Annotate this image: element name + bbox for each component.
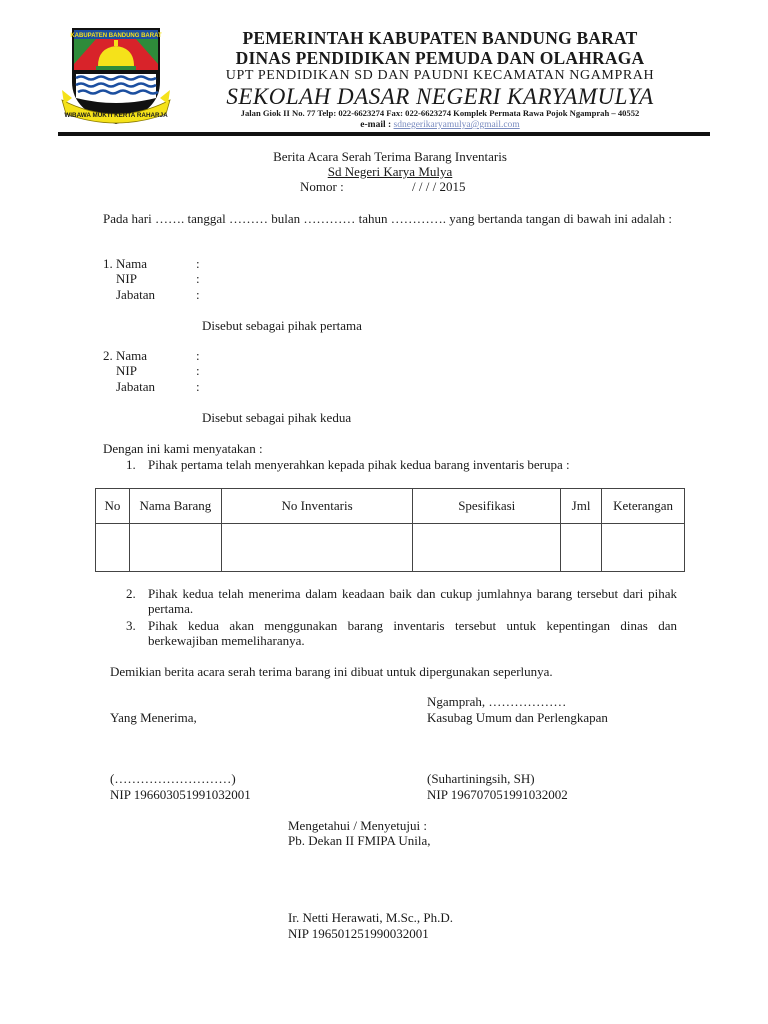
party1-jabatan-sep: : [196, 287, 200, 302]
party1-jabatan-label: Jabatan [116, 287, 155, 302]
party1-number: 1. [103, 256, 113, 271]
header-jml: Jml [561, 489, 602, 524]
party2-nip-label: NIP [116, 363, 137, 378]
email-link[interactable]: sdnegerikaryamulya@gmail.com [394, 120, 520, 130]
header-spesifikasi: Spesifikasi [413, 489, 561, 524]
place-date: Ngamprah, ……………… [427, 694, 566, 709]
party1-nama-sep: : [196, 256, 200, 271]
letterhead-address: Jalan Giok II No. 77 Telp: 022-6623274 F… [180, 108, 700, 118]
header-no-inventaris: No Inventaris [221, 489, 413, 524]
letterhead-school-name: SEKOLAH DASAR NEGERI KARYAMULYA [180, 84, 700, 110]
approver-heading: Mengetahui / Menyetujui : [288, 818, 427, 833]
receiver-name: (………………………) [110, 771, 236, 786]
point3-text: Pihak kedua akan menggunakan barang inve… [148, 618, 677, 648]
approver-name: Ir. Netti Herawati, M.Sc., Ph.D. [288, 910, 453, 925]
document-subtitle: Sd Negeri Karya Mulya [230, 164, 550, 180]
party1-nip-sep: : [196, 271, 200, 286]
approver-role: Pb. Dekan II FMIPA Unila, [288, 833, 431, 848]
point1-number: 1. [126, 457, 136, 472]
document-title: Berita Acara Serah Terima Barang Inventa… [230, 149, 550, 165]
party2-nip-sep: : [196, 363, 200, 378]
point1-text: Pihak pertama telah menyerahkan kepada p… [148, 457, 570, 472]
table-header-row: No Nama Barang No Inventaris Spesifikasi… [96, 489, 685, 524]
party2-number: 2. [103, 348, 113, 363]
header-no: No [96, 489, 130, 524]
cell-no-inventaris[interactable] [221, 524, 413, 572]
svg-text:KABUPATEN BANDUNG BARAT: KABUPATEN BANDUNG BARAT [70, 33, 162, 39]
inventory-table: No Nama Barang No Inventaris Spesifikasi… [95, 488, 685, 572]
header-keterangan: Keterangan [602, 489, 685, 524]
intro-paragraph: Pada hari ……. tanggal ……… bulan ………… tah… [103, 211, 677, 226]
cell-spesifikasi[interactable] [413, 524, 561, 572]
nomor-label: Nomor : [300, 179, 344, 194]
approver-nip: NIP 196501251990032001 [288, 926, 429, 941]
cell-keterangan[interactable] [602, 524, 685, 572]
letterhead-department: DINAS PENDIDIKAN PEMUDA DAN OLAHRAGA [180, 48, 700, 69]
svg-text:WIBAWA MUKTI KERTA RAHARJA: WIBAWA MUKTI KERTA RAHARJA [64, 112, 168, 119]
closing-statement: Demikian berita acara serah terima baran… [110, 664, 553, 679]
party1-nip-label: NIP [116, 271, 137, 286]
cell-jml[interactable] [561, 524, 602, 572]
party2-nama-sep: : [196, 348, 200, 363]
cell-no[interactable] [96, 524, 130, 572]
letterhead-government: PEMERINTAH KABUPATEN BANDUNG BARAT [180, 28, 700, 49]
giver-role: Kasubag Umum dan Perlengkapan [427, 710, 608, 725]
header-nama-barang: Nama Barang [129, 489, 221, 524]
party2-nama-label: Nama [116, 348, 147, 363]
statement-lead: Dengan ini kami menyatakan : [103, 441, 263, 456]
regency-crest-icon: KABUPATEN BANDUNG BARAT WIBAWA MUKTI KER… [60, 24, 172, 128]
email-label: e-mail : [360, 120, 393, 130]
party2-jabatan-label: Jabatan [116, 379, 155, 394]
table-row [96, 524, 685, 572]
school-name-underlined: Sd Negeri Karya Mulya [328, 164, 453, 179]
cell-nama-barang[interactable] [129, 524, 221, 572]
point3-number: 3. [126, 618, 136, 633]
nomor-value: / / / / 2015 [412, 179, 465, 194]
giver-name: (Suhartiningsih, SH) [427, 771, 535, 786]
party1-designation: Disebut sebagai pihak pertama [202, 318, 362, 333]
letterhead-divider [58, 132, 710, 136]
letterhead-unit: UPT PENDIDIKAN SD DAN PAUDNI KECAMATAN N… [180, 68, 700, 84]
party2-jabatan-sep: : [196, 379, 200, 394]
point2-number: 2. [126, 586, 136, 601]
letterhead-email: e-mail : sdnegerikaryamulya@gmail.com [180, 120, 700, 130]
giver-nip: NIP 196707051991032002 [427, 787, 568, 802]
party2-designation: Disebut sebagai pihak kedua [202, 410, 351, 425]
point2-text: Pihak kedua telah menerima dalam keadaan… [148, 586, 677, 616]
party1-nama-label: Nama [116, 256, 147, 271]
receiver-nip: NIP 196603051991032001 [110, 787, 251, 802]
receiver-role: Yang Menerima, [110, 710, 197, 725]
